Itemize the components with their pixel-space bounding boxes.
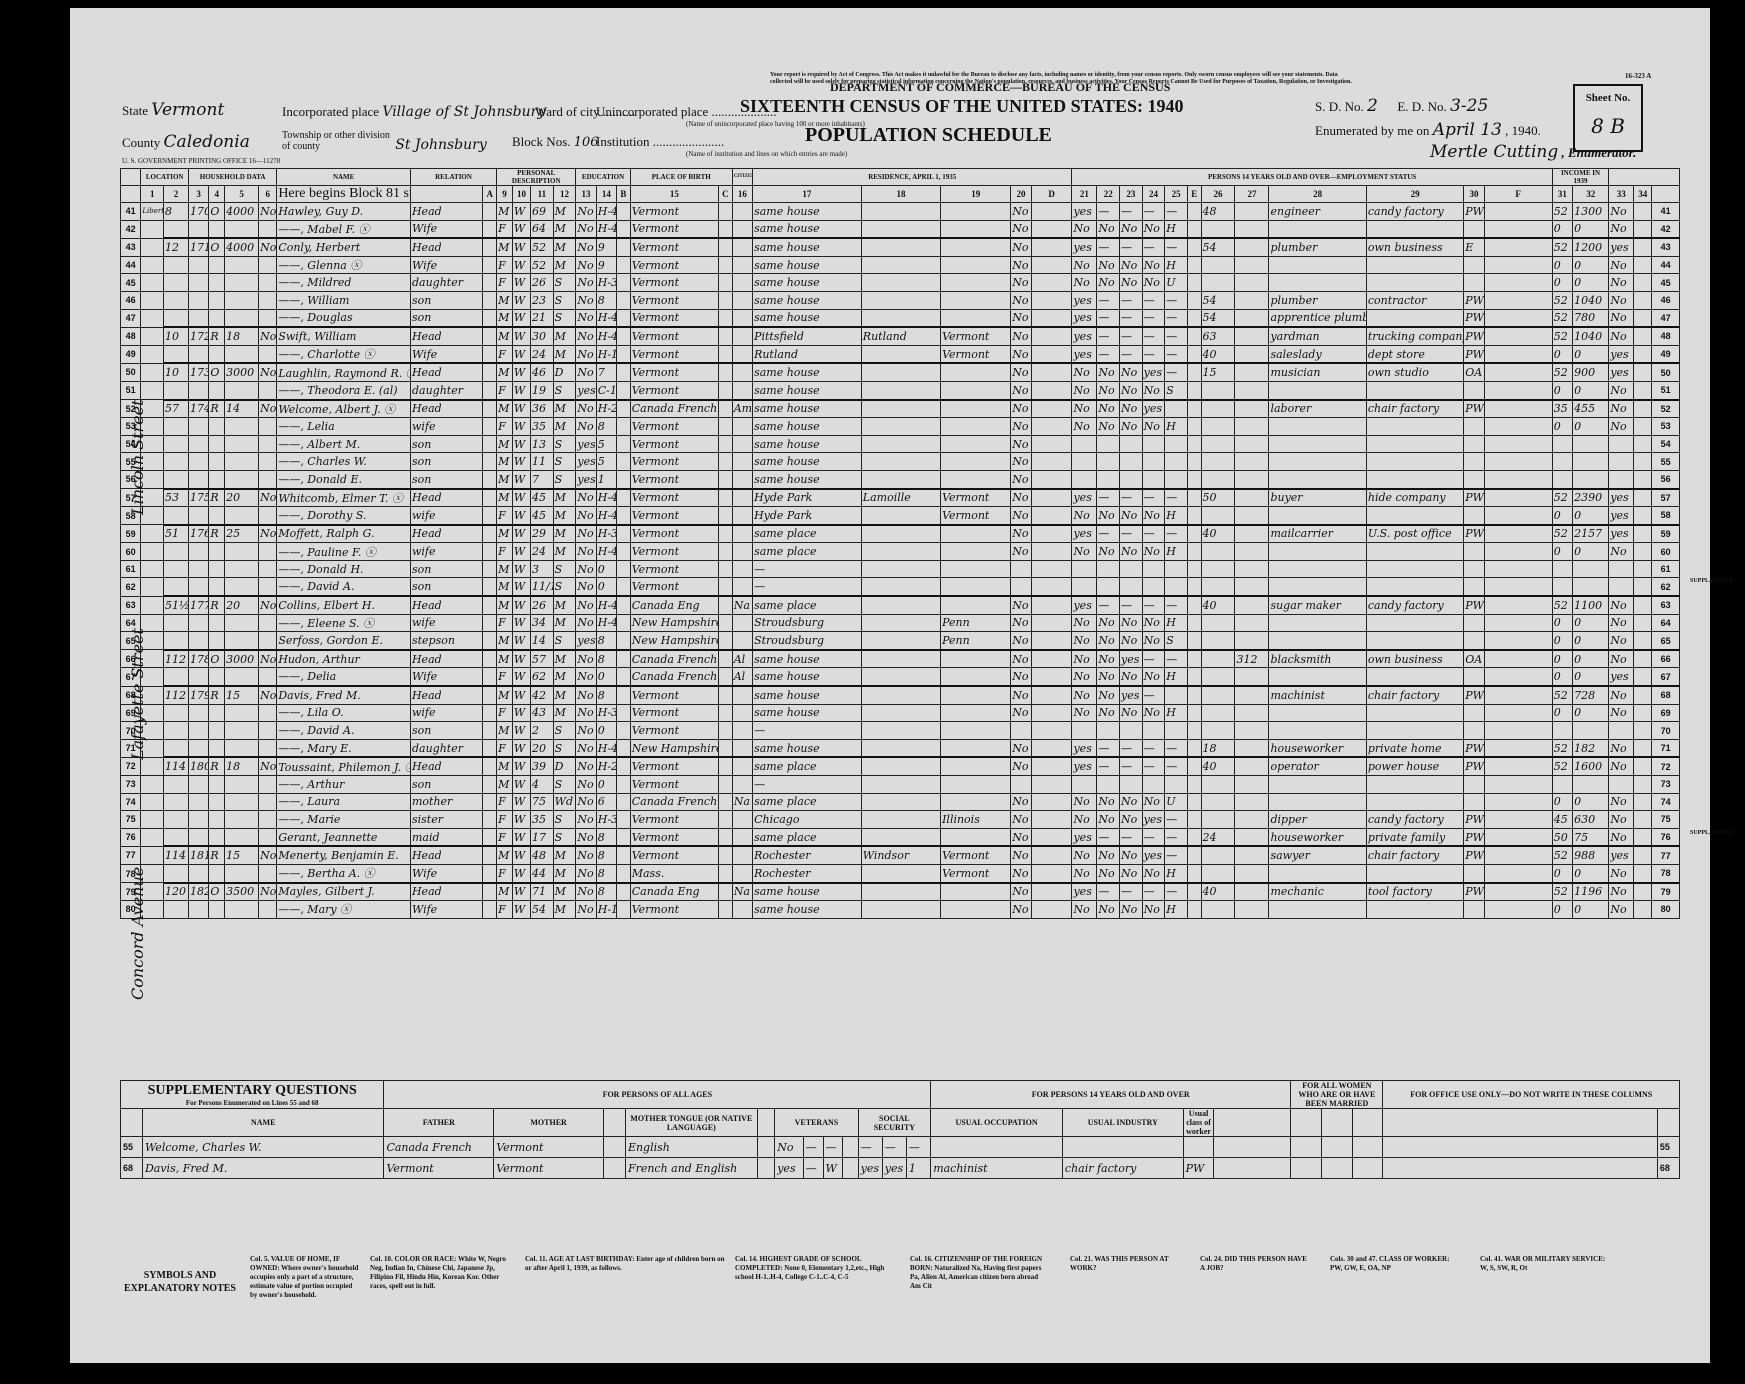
cell-res: same house xyxy=(753,418,862,436)
cell-res: — xyxy=(753,722,862,740)
cell-w25: U xyxy=(1165,274,1188,292)
cell-w25: H xyxy=(1165,418,1188,436)
cell-w21: No xyxy=(1072,901,1097,919)
cell-race: W xyxy=(512,327,530,345)
supp-cell-tongue: English xyxy=(625,1137,757,1158)
cell-wage: 2157 xyxy=(1573,525,1609,543)
cell-grade: H-4 xyxy=(596,309,616,327)
cell-farm xyxy=(259,793,277,811)
cell-dur xyxy=(1235,668,1269,686)
cell-grade: H-1 xyxy=(596,345,616,363)
cell-occ xyxy=(1269,274,1366,292)
cell-w24: yes xyxy=(1142,811,1165,829)
cell-house xyxy=(164,220,189,238)
cell-w25 xyxy=(1165,686,1188,704)
supp-header-ss: SOCIAL SECURITY xyxy=(858,1109,931,1137)
cell-mar: M xyxy=(553,614,576,632)
cell-dur xyxy=(1235,846,1269,864)
cell-mar: M xyxy=(553,507,576,525)
cell-wage: 1100 xyxy=(1573,596,1609,614)
cell-grade: 8 xyxy=(596,686,616,704)
cell-visit xyxy=(188,435,208,453)
cell-house: 12 xyxy=(164,238,189,256)
cell-oth: No xyxy=(1609,327,1634,345)
cell-sch: No xyxy=(576,309,596,327)
cell-county xyxy=(861,811,940,829)
cell-birth: Vermont xyxy=(630,722,718,740)
cell-w25: — xyxy=(1165,327,1188,345)
cell-county xyxy=(861,614,940,632)
cell-dur xyxy=(1235,363,1269,381)
cell-rel: son xyxy=(410,722,482,740)
cell-farm xyxy=(259,704,277,722)
cell-st xyxy=(941,453,1011,471)
cell-w22 xyxy=(1097,470,1120,488)
cell-farm: No xyxy=(259,650,277,668)
cell-cit xyxy=(732,363,752,381)
cell-oth: No xyxy=(1609,291,1634,309)
cell-house: 8 xyxy=(164,203,189,221)
group-location: LOCATION xyxy=(141,169,189,186)
line-number: 64 xyxy=(1652,614,1680,632)
cell-own xyxy=(209,274,225,292)
cell-occ: houseworker xyxy=(1269,828,1366,846)
cell-visit: 172 xyxy=(188,327,208,345)
cell-mar: M xyxy=(553,883,576,901)
cell-w21: No xyxy=(1072,543,1097,561)
cell-wks: 52 xyxy=(1552,291,1572,309)
cell-occ xyxy=(1269,722,1366,740)
cell-cls xyxy=(1464,453,1484,471)
cell-hrs: 54 xyxy=(1201,238,1235,256)
cell-farm xyxy=(259,543,277,561)
cell-w25 xyxy=(1165,470,1188,488)
cell-ind: power house xyxy=(1366,757,1463,775)
cell-name: ——, Pauline F. ⓧ xyxy=(277,543,411,561)
cell-ind xyxy=(1366,435,1463,453)
cell-farm35: No xyxy=(1011,309,1031,327)
cell-w23: No xyxy=(1120,418,1143,436)
cell-rel: wife xyxy=(410,418,482,436)
cell-house xyxy=(164,793,189,811)
cell-farm: No xyxy=(259,400,277,418)
cell-race: W xyxy=(512,596,530,614)
cell-cls: PW xyxy=(1464,846,1484,864)
cell-name: ——, Arthur xyxy=(277,776,411,794)
table-row: 5257174R14NoWelcome, Albert J. ⓧHeadMW36… xyxy=(121,400,1680,418)
cell-w23: No xyxy=(1120,704,1143,722)
cell-ind: chair factory xyxy=(1366,400,1463,418)
cell-name: ——, Dorothy S. xyxy=(277,507,411,525)
supp-cell-ss42: — xyxy=(858,1137,882,1158)
cell-value xyxy=(225,811,259,829)
supp-cell-vet: No xyxy=(775,1137,804,1158)
cell-wks: 50 xyxy=(1552,828,1572,846)
cell-visit: 177 xyxy=(188,596,208,614)
cell-st xyxy=(941,309,1011,327)
cell-grade: 7 xyxy=(596,363,616,381)
cell-oth: No xyxy=(1609,811,1634,829)
cell-rel: son xyxy=(410,309,482,327)
cell-wage: 0 xyxy=(1573,704,1609,722)
cell-dur xyxy=(1235,739,1269,757)
cell-farm xyxy=(259,274,277,292)
cell-value: 20 xyxy=(225,489,259,507)
supp-cell-cls: PW xyxy=(1183,1158,1214,1179)
cell-w24: No xyxy=(1142,614,1165,632)
cell-visit xyxy=(188,543,208,561)
cell-own xyxy=(209,256,225,274)
supp-header-name: NAME xyxy=(142,1109,384,1137)
cell-grade: 8 xyxy=(596,632,616,650)
cell-mar: S xyxy=(553,811,576,829)
group-birth: PLACE OF BIRTH xyxy=(630,169,732,186)
cell-dur xyxy=(1235,578,1269,596)
cell-res: same house xyxy=(753,883,862,901)
cell-dur xyxy=(1235,274,1269,292)
cell-w23: — xyxy=(1120,883,1143,901)
cell-res: same house xyxy=(753,704,862,722)
cell-w22 xyxy=(1097,722,1120,740)
cell-county: Windsor xyxy=(861,846,940,864)
cell-w21: No xyxy=(1072,614,1097,632)
cell-own: R xyxy=(209,327,225,345)
cell-wks: 52 xyxy=(1552,525,1572,543)
supp-group-all-ages: FOR PERSONS OF ALL AGES xyxy=(384,1081,931,1109)
cell-cit: Al xyxy=(732,650,752,668)
cell-mar: S xyxy=(553,381,576,399)
enumerated-year: , 1940. xyxy=(1505,123,1541,138)
note-col24: Col. 24. DID THIS PERSON HAVE A JOB? xyxy=(1200,1255,1310,1273)
cell-hrs xyxy=(1201,453,1235,471)
cell-hrs: 40 xyxy=(1201,596,1235,614)
line-number: 79 xyxy=(1652,883,1680,901)
cell-race: W xyxy=(512,686,530,704)
cell-w22 xyxy=(1097,578,1120,596)
state-field: State Vermont xyxy=(122,100,224,120)
cell-grade: H-4 xyxy=(596,327,616,345)
cell-w21: No xyxy=(1072,811,1097,829)
cell-name: Swift, William xyxy=(277,327,411,345)
cell-farm xyxy=(259,828,277,846)
line-number: 77 xyxy=(1652,846,1680,864)
cell-st xyxy=(941,560,1011,578)
cell-farm xyxy=(259,811,277,829)
cell-visit xyxy=(188,507,208,525)
table-row: 41Liberty St8170O4000NoHawley, Guy D.Hea… xyxy=(121,203,1680,221)
cell-own xyxy=(209,668,225,686)
cell-w21: yes xyxy=(1072,828,1097,846)
cell-oth xyxy=(1609,470,1634,488)
cell-dur xyxy=(1235,525,1269,543)
cell-sex: M xyxy=(497,686,513,704)
cell-farm35: No xyxy=(1011,650,1031,668)
cell-res: — xyxy=(753,560,862,578)
cell-w23: — xyxy=(1120,291,1143,309)
cell-wks: 52 xyxy=(1552,327,1572,345)
cell-cit xyxy=(732,220,752,238)
cell-hrs xyxy=(1201,220,1235,238)
cell-w21: yes xyxy=(1072,757,1097,775)
cell-name: Menerty, Benjamin E. xyxy=(277,846,411,864)
supp-cell-v41: W xyxy=(823,1158,843,1179)
cell-name: ——, Charlotte ⓧ xyxy=(277,345,411,363)
line-number: 62 xyxy=(1652,578,1680,596)
cell-house xyxy=(164,435,189,453)
cell-value xyxy=(225,614,259,632)
cell-mar: S xyxy=(553,578,576,596)
cell-visit xyxy=(188,704,208,722)
cell-value: 4000 xyxy=(225,238,259,256)
supp-header-mother: MOTHER xyxy=(494,1109,604,1137)
cell-oth: No xyxy=(1609,381,1634,399)
cell-farm35: No xyxy=(1011,507,1031,525)
cell-rel: Head xyxy=(410,757,482,775)
cell-birth: Vermont xyxy=(630,686,718,704)
cell-sex: M xyxy=(497,453,513,471)
cell-race: W xyxy=(512,363,530,381)
cell-w21: yes xyxy=(1072,327,1097,345)
cell-name: Conly, Herbert xyxy=(277,238,411,256)
cell-w23: No xyxy=(1120,400,1143,418)
cell-ind xyxy=(1366,256,1463,274)
cell-w25: H xyxy=(1165,543,1188,561)
cell-birth: Vermont xyxy=(630,363,718,381)
cell-hrs xyxy=(1201,901,1235,919)
cell-race: W xyxy=(512,274,530,292)
cell-oth: No xyxy=(1609,828,1634,846)
block-label: Block Nos. xyxy=(512,134,571,149)
cell-occ xyxy=(1269,632,1366,650)
cell-ind: contractor xyxy=(1366,291,1463,309)
cell-value xyxy=(225,901,259,919)
table-row: 53——, LeliawifeFW35MNo8Vermontsame house… xyxy=(121,418,1680,436)
cell-w22: — xyxy=(1097,828,1120,846)
cell-w21: yes xyxy=(1072,596,1097,614)
cell-cls xyxy=(1464,274,1484,292)
cell-w21: No xyxy=(1072,704,1097,722)
line-number: 49 xyxy=(1652,345,1680,363)
cell-mar: S xyxy=(553,828,576,846)
cell-res: same place xyxy=(753,543,862,561)
cell-cls: PW xyxy=(1464,883,1484,901)
cell-hrs: 24 xyxy=(1201,828,1235,846)
supplementary-title: SUPPLEMENTARY QUESTIONS xyxy=(123,1083,381,1099)
cell-sch: No xyxy=(576,793,596,811)
cell-birth: Vermont xyxy=(630,901,718,919)
cell-st xyxy=(941,722,1011,740)
cell-wks: 52 xyxy=(1552,757,1572,775)
cell-w21: No xyxy=(1072,686,1097,704)
cell-own xyxy=(209,470,225,488)
cell-cls xyxy=(1464,864,1484,882)
cell-ind xyxy=(1366,776,1463,794)
cell-age: 64 xyxy=(531,220,554,238)
cell-age: 35 xyxy=(531,418,554,436)
cell-mar: M xyxy=(553,489,576,507)
cell-age: 42 xyxy=(531,686,554,704)
cell-res: same house xyxy=(753,650,862,668)
cell-rel: Head xyxy=(410,238,482,256)
cell-grade: 8 xyxy=(596,291,616,309)
cell-w24: — xyxy=(1142,739,1165,757)
cell-w24: — xyxy=(1142,291,1165,309)
cell-visit xyxy=(188,632,208,650)
cell-w24: — xyxy=(1142,525,1165,543)
cell-hrs xyxy=(1201,435,1235,453)
cell-name: ——, Delia xyxy=(277,668,411,686)
cell-value xyxy=(225,309,259,327)
cell-county xyxy=(861,507,940,525)
line-number: 75 xyxy=(121,811,141,829)
cell-dur xyxy=(1235,901,1269,919)
cell-w24: No xyxy=(1142,668,1165,686)
cell-race: W xyxy=(512,578,530,596)
cell-oth: yes xyxy=(1609,363,1634,381)
cell-st: Vermont xyxy=(941,345,1011,363)
line-number: 44 xyxy=(1652,256,1680,274)
line-number: 50 xyxy=(1652,363,1680,381)
note-col21: Col. 21. WAS THIS PERSON AT WORK? xyxy=(1070,1255,1180,1273)
cell-w21 xyxy=(1072,560,1097,578)
cell-w24: No xyxy=(1142,543,1165,561)
cell-age: 75 xyxy=(531,793,554,811)
cell-street xyxy=(141,238,164,256)
county-label: County xyxy=(122,135,160,150)
cell-sex: M xyxy=(497,883,513,901)
cell-age: 71 xyxy=(531,883,554,901)
cell-sch: No xyxy=(576,883,596,901)
cell-farm: No xyxy=(259,883,277,901)
cell-own: O xyxy=(209,650,225,668)
cell-w22 xyxy=(1097,435,1120,453)
line-number: 69 xyxy=(1652,704,1680,722)
cell-w24: — xyxy=(1142,238,1165,256)
cell-w21: No xyxy=(1072,632,1097,650)
cell-w23: — xyxy=(1120,525,1143,543)
cell-w25: — xyxy=(1165,489,1188,507)
cell-w24: — xyxy=(1142,309,1165,327)
cell-wage: 1040 xyxy=(1573,291,1609,309)
cell-ind: U.S. post office xyxy=(1366,525,1463,543)
cell-birth: New Hampshire xyxy=(630,739,718,757)
cell-grade: H-4 xyxy=(596,203,616,221)
state-value: Vermont xyxy=(151,100,224,120)
cell-visit: 179 xyxy=(188,686,208,704)
cell-st xyxy=(941,793,1011,811)
cell-sex: M xyxy=(497,238,513,256)
cell-hrs: 54 xyxy=(1201,291,1235,309)
cell-sex: F xyxy=(497,901,513,919)
cell-race: W xyxy=(512,846,530,864)
cell-birth: Canada Eng xyxy=(630,596,718,614)
cell-birth: Vermont xyxy=(630,327,718,345)
table-row: 42——, Mabel F. ⓧWifeFW64MNoH-4Vermontsam… xyxy=(121,220,1680,238)
cell-wks: 45 xyxy=(1552,811,1572,829)
cell-mar: S xyxy=(553,274,576,292)
cell-w21: yes xyxy=(1072,291,1097,309)
cell-w22: — xyxy=(1097,327,1120,345)
cell-mar: M xyxy=(553,846,576,864)
cell-farm35: No xyxy=(1011,632,1031,650)
cell-county xyxy=(861,704,940,722)
cell-birth: Vermont xyxy=(630,381,718,399)
cell-w21 xyxy=(1072,578,1097,596)
cell-wks: 0 xyxy=(1552,704,1572,722)
cell-rel: Head xyxy=(410,400,482,418)
cell-value xyxy=(225,470,259,488)
cell-w24: No xyxy=(1142,704,1165,722)
cell-sex: F xyxy=(497,418,513,436)
cell-race: W xyxy=(512,381,530,399)
cell-name: ——, Marie xyxy=(277,811,411,829)
cell-hrs: 63 xyxy=(1201,327,1235,345)
cell-name: Toussaint, Philemon J. ⓧ xyxy=(277,757,411,775)
cell-w24: — xyxy=(1142,883,1165,901)
cell-cls: PW xyxy=(1464,345,1484,363)
cell-race: W xyxy=(512,453,530,471)
cell-mar: M xyxy=(553,668,576,686)
cell-own: R xyxy=(209,400,225,418)
cell-house xyxy=(164,722,189,740)
cell-st xyxy=(941,686,1011,704)
cell-visit xyxy=(188,453,208,471)
cell-wage: 728 xyxy=(1573,686,1609,704)
cell-w22: — xyxy=(1097,238,1120,256)
cell-farm xyxy=(259,776,277,794)
cell-cit xyxy=(732,632,752,650)
cell-visit xyxy=(188,614,208,632)
cell-birth: Canada French xyxy=(630,793,718,811)
explanatory-notes: SYMBOLS AND EXPLANATORY NOTES Col. 5. VA… xyxy=(120,1255,1680,1327)
cell-birth: Vermont xyxy=(630,578,718,596)
group-education: EDUCATION xyxy=(576,169,630,186)
cell-county xyxy=(861,650,940,668)
table-row: 6351½177R20NoCollins, Elbert H.HeadMW26M… xyxy=(121,596,1680,614)
line-number: 78 xyxy=(1652,864,1680,882)
cell-farm xyxy=(259,507,277,525)
incorporated-label: Incorporated place xyxy=(282,104,379,119)
cell-cit xyxy=(732,274,752,292)
cell-ind xyxy=(1366,418,1463,436)
cell-birth: Vermont xyxy=(630,489,718,507)
cell-own xyxy=(209,811,225,829)
cell-farm xyxy=(259,632,277,650)
cell-age: 35 xyxy=(531,811,554,829)
supp-header-veterans: VETERANS xyxy=(775,1109,858,1137)
cell-value xyxy=(225,722,259,740)
cell-value xyxy=(225,578,259,596)
cell-county xyxy=(861,739,940,757)
cell-w25: — xyxy=(1165,596,1188,614)
cell-hrs xyxy=(1201,722,1235,740)
cell-rel: Wife xyxy=(410,256,482,274)
cell-ind xyxy=(1366,381,1463,399)
cell-w23: No xyxy=(1120,507,1143,525)
cell-birth: New Hampshire xyxy=(630,632,718,650)
cell-grade: 8 xyxy=(596,846,616,864)
cell-dur xyxy=(1235,327,1269,345)
cell-w25: H xyxy=(1165,614,1188,632)
cell-sch: No xyxy=(576,757,596,775)
cell-oth: No xyxy=(1609,256,1634,274)
cell-street xyxy=(141,381,164,399)
cell-age: 7 xyxy=(531,470,554,488)
cell-dur xyxy=(1235,864,1269,882)
cell-age: 26 xyxy=(531,596,554,614)
cell-w25 xyxy=(1165,722,1188,740)
cell-farm: No xyxy=(259,489,277,507)
